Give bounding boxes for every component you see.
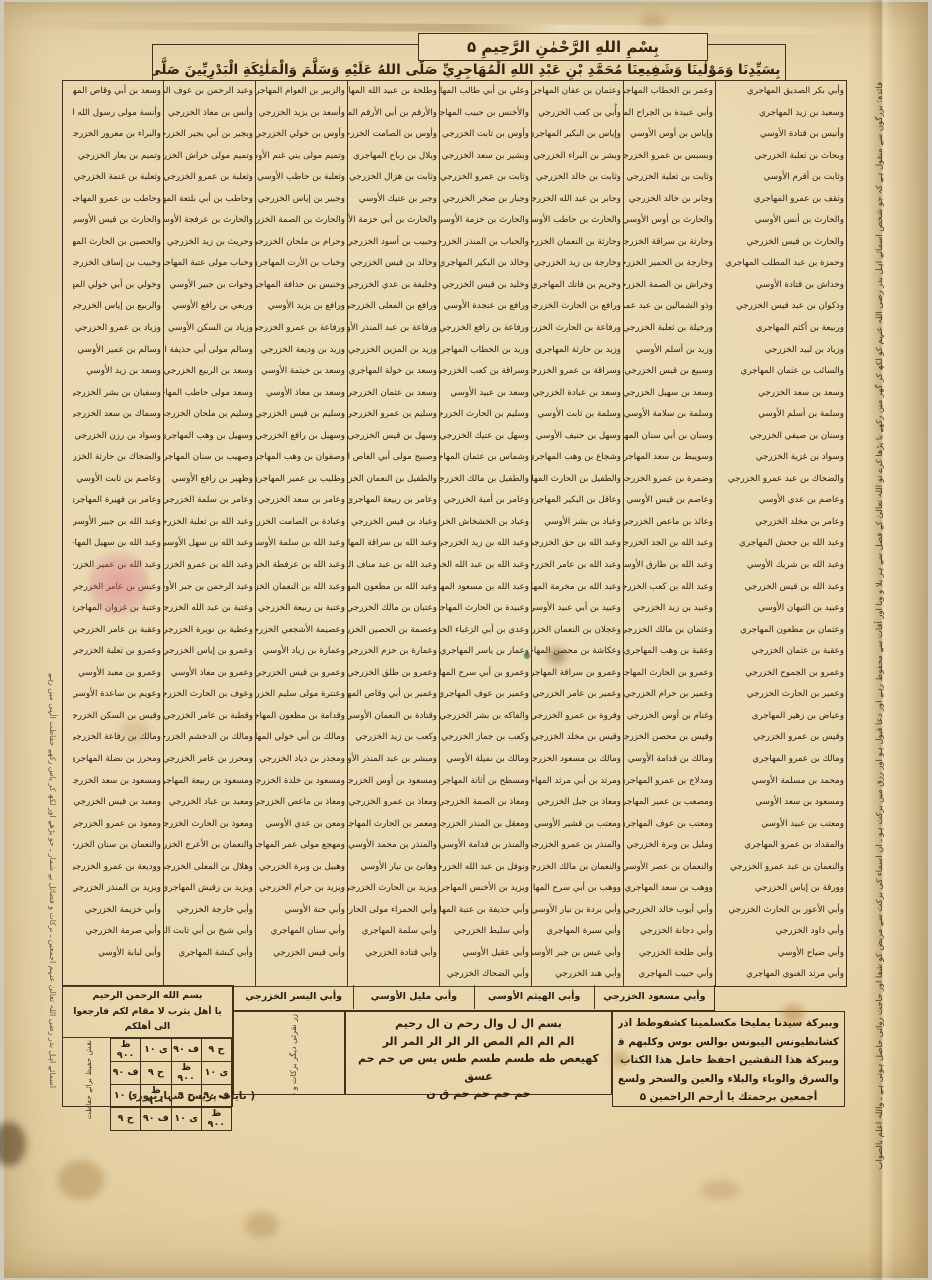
muqattaat-line: كهيعص طه طسم طسم طس يس ص حم حم عسق: [350, 1050, 607, 1085]
name-entry: وعبد الله بن مخرمة المهاجري: [532, 577, 623, 599]
name-entry: وذكوان بن عبد قيس الخزرجي: [716, 296, 846, 318]
name-entry: وعقبة بن عثمان الخزرجي: [716, 641, 846, 663]
name-entry: وخولي بن أبي خولي المهاجري: [73, 275, 163, 297]
left-marginal-note: اسمائے اہل بدر رضی اللہ تعالیٰ عنہم اجمع…: [47, 88, 58, 1088]
name-entry: ورفاعة بن عمرو الخزرجي: [256, 318, 347, 340]
name-entry: وأبي بردة بن نيار الأوسي: [532, 900, 623, 922]
name-entry: وأبي دجانة الخزرجي: [624, 921, 715, 943]
name-entry: وعبادة بن الصامت الخزرجي: [256, 512, 347, 534]
name-entry: وجابر بن عبد الله الخزرجي: [532, 189, 623, 211]
name-entry: وتميم مولى بني غنم الأوسي: [256, 146, 347, 168]
name-entry: وعلي بن أبي طالب المهاجري: [440, 81, 531, 103]
name-entry: وسهيل بن وهب المهاجري: [164, 426, 255, 448]
name-entry: وعبد الله بن عرفطة الخزرجي: [256, 555, 347, 577]
name-entry: وعبد الله بن حق الخزرجي: [532, 533, 623, 555]
name-entry: وعبد الله بن سلمة الأوسي: [256, 533, 347, 555]
name-entry: وسنان بن صيفي الخزرجي: [716, 426, 846, 448]
side-note-column: زر نقرئى ديگر بركات و فوائد: [233, 1011, 345, 1095]
scanned-badr-roll: { "palette":{"paper":"#e8d5a9","ink":"#2…: [0, 0, 932, 1280]
name-entry: وعصمة بن الحصين الخزرجي: [348, 620, 439, 642]
name-entry: وقيس بن محصن الخزرجي: [624, 727, 715, 749]
magic-square-cell: ظ ٩٠٠: [201, 1107, 231, 1130]
name-entry: وعمير بن الحارث الخزرجي: [716, 684, 846, 706]
name-entry: ومعوذ بن عمرو الخزرجي: [73, 814, 163, 836]
name-entry: ومالك بن عمرو المهاجري: [716, 749, 846, 771]
name-entry: وعثمان بن مالك الخزرجي: [624, 620, 715, 642]
name-entry: وثابت بن أقرم الأوسي: [716, 167, 846, 189]
name-entry: وقيس بن السكن الخزرجي: [73, 706, 163, 728]
name-entry: وسواد بن رزن الخزرجي: [73, 426, 163, 448]
name-entry: وخوات بن جبير الأوسي: [164, 275, 255, 297]
name-entry: وثقف بن عمرو المهاجري: [716, 189, 846, 211]
name-entry: ومصعب بن عمير المهاجري: [624, 792, 715, 814]
name-entry: ومسعود بن خلدة الخزرجي: [256, 771, 347, 793]
name-entry: ومعن بن عدي الأوسي: [256, 814, 347, 836]
name-entry: والنعمان بن مالك الخزرجي: [532, 857, 623, 879]
name-entry: وأوس بن الصامت الخزرجي: [348, 124, 439, 146]
name-entry: وثابت بن خالد الخزرجي: [532, 167, 623, 189]
magic-square-cell: ف ٩٠: [111, 1061, 141, 1084]
name-entry: وعامر بن أمية الخزرجي: [440, 490, 531, 512]
badr-names-table: وأبي بكر الصديق المهاجريوسعيد بن زيد الم…: [62, 80, 847, 987]
name-entry: ويزيد بن رقيش المهاجري: [164, 878, 255, 900]
name-entry: وإياس بن أوس الأوسي: [624, 124, 715, 146]
name-entry: والسائب بن عثمان المهاجري: [716, 361, 846, 383]
name-entry: وخارجة بن زيد الخزرجي: [532, 253, 623, 275]
name-entry: ومعاذ بن ماعص الخزرجي: [256, 792, 347, 814]
name-entry: ووهب بن أبي سرح المهاجري: [532, 878, 623, 900]
press-imprint: ( نایاب پریس سہارنپور ): [128, 1090, 255, 1102]
name-entry: وبجير بن أبي بجير الخزرجي: [164, 124, 255, 146]
name-entry: وزياد بن لبيد الخزرجي: [716, 340, 846, 362]
name-entry: والحارث بن عرفجة الأوسي: [164, 210, 255, 232]
name-entry: ومالك بن أبي خولي المهاجري: [256, 727, 347, 749]
name-entry: ويزيد بن حرام الخزرجي: [256, 878, 347, 900]
name-entry: وسليم بن الحارث الخزرجي: [440, 404, 531, 426]
name-entry: وسعد بن سعد الخزرجي: [716, 383, 846, 405]
name-entry: وخنيس بن حذافة المهاجري: [256, 275, 347, 297]
name-entry: وثعلبة بن عمرو الخزرجي: [164, 167, 255, 189]
magic-square-cell: ح ٩: [141, 1061, 171, 1084]
name-entry: وعقبة بن عامر الخزرجي: [73, 620, 163, 642]
kunya-cell: وأبي اليسر الخزرجي: [234, 985, 353, 1009]
name-entry: وأبي داود الخزرجي: [716, 921, 846, 943]
name-entry: وثعلبة بن حاطب الأوسي: [256, 167, 347, 189]
name-entry: وعكاشة بن محصن المهاجري: [532, 641, 623, 663]
name-entry: وأبي خزيمة الخزرجي: [73, 900, 163, 922]
name-entry: وعمرو بن طلق الخزرجي: [348, 663, 439, 685]
name-entry: ورفاعة بن عبد المنذر الأوسي: [348, 318, 439, 340]
name-entry: ومالك بن رفاعة الخزرجي: [73, 727, 163, 749]
name-entry: وبشير بن سعد الخزرجي: [440, 146, 531, 168]
name-entry: وحارثة بن النعمان الخزرجي: [532, 232, 623, 254]
name-entry: ومعاذ بن عمرو الخزرجي: [348, 792, 439, 814]
name-entry: والحارث بن قيس الخزرجي: [716, 232, 846, 254]
name-entry: وحمزة بن عبد المطلب المهاجري: [716, 253, 846, 275]
name-entry: ويزيد بن الحارث الخزرجي: [348, 878, 439, 900]
name-entry: وعمرو بن معاذ الأوسي: [164, 663, 255, 685]
protective-prayer-box: وببركة سيدنا يمليخا مكسلمينا كشفوطط اذرف…: [612, 1011, 845, 1107]
magic-square-block: بسم الله الرحمن الرحيم يا أهل يثرب لا مق…: [62, 985, 233, 1107]
name-entry: وسراقة بن كعب الخزرجي: [440, 361, 531, 383]
name-entry: ورخيلة بن ثعلبة الخزرجي: [624, 318, 715, 340]
name-entry: وعبد الله بن عامر الخزرجي: [532, 555, 623, 577]
name-entry: والحارث بن حاطب الأوسي: [532, 210, 623, 232]
name-entry: وسهل بن عتيك الخزرجي: [440, 426, 531, 448]
name-entry: وعمر بن الخطاب المهاجري: [624, 81, 715, 103]
kahf-prayer-text: وببركة سيدنا يمليخا مكسلمينا كشفوطط اذرف…: [613, 1012, 844, 1109]
name-entry: وبلال بن رباح المهاجري: [348, 146, 439, 168]
name-entry: وأبي مرثد الغنوي المهاجري: [716, 964, 846, 986]
name-entry: وعبد الله بن كعب الخزرجي: [624, 577, 715, 599]
name-entry: وعثمان بن مظعون المهاجري: [716, 620, 846, 642]
name-entry: وهبيل بن وبرة الخزرجي: [256, 857, 347, 879]
name-entry: وقيس بن عمرو الخزرجي: [716, 727, 846, 749]
name-entry: والمنذر بن عمرو الخزرجي: [532, 835, 623, 857]
yathrib-verse: يا أهل يثرب لا مقام لكم فارجعوا الى أهلك…: [65, 1004, 230, 1035]
basmala-text: بِسْمِ اللهِ الرَّحْمٰنِ الرَّحِيمِ ۵: [467, 38, 659, 56]
name-entry: وسعد بن الربيع الخزرجي: [164, 361, 255, 383]
magic-square-cell: ظ ٩٠٠: [171, 1061, 201, 1084]
name-entry: وعمير بن عامر الخزرجي: [532, 684, 623, 706]
name-entry: وسفيان بن بشر الخزرجي: [73, 383, 163, 405]
name-entry: وعمارة بن زياد الأوسي: [256, 641, 347, 663]
name-entry: ورفاعة بن رافع الخزرجي: [440, 318, 531, 340]
name-entry: وأبي حنة الأوسي: [256, 900, 347, 922]
name-entry: وأبي صرمة الخزرجي: [73, 921, 163, 943]
name-entry: وعبيدة بن الحارث المهاجري: [440, 598, 531, 620]
name-entry: وعبد الله بن ثعلبة الخزرجي: [164, 512, 255, 534]
name-entry: وثابت بن عمرو الخزرجي: [440, 167, 531, 189]
name-entry: ومالك بن مسعود الخزرجي: [532, 749, 623, 771]
name-entry: وأبي ضياح الأوسي: [716, 943, 846, 965]
kunya-cell: وأبي مليل الأوسي: [353, 985, 473, 1009]
name-entry: والضحاك بن عبد عمرو الخزرجي: [716, 469, 846, 491]
muqattaat-line: بسم ال ل وال رحم ن ال رحيم: [350, 1015, 607, 1033]
name-entry: والحارث بن خزمة الأوسي: [440, 210, 531, 232]
name-entry: وسعيد بن زيد المهاجري: [716, 103, 846, 125]
name-entry: وعبد الله بن مظعون المهاجري: [348, 577, 439, 599]
name-entry: وخالد بن البكير المهاجري: [440, 253, 531, 275]
name-entry: وأنسة مولى رسول الله المهاجري: [73, 103, 163, 125]
name-entry: وسليم بن ملحان الخزرجي: [164, 404, 255, 426]
name-entry: والمنذر بن قدامة الأوسي: [440, 835, 531, 857]
name-entry: والطفيل بن النعمان الخزرجي: [348, 469, 439, 491]
name-entry: وخبيب بن إساف الخزرجي: [73, 253, 163, 275]
name-entry: وضمرة بن عمرو الخزرجي: [624, 469, 715, 491]
name-entry: ومهجع مولى عمر المهاجري: [256, 835, 347, 857]
name-entry: وصفوان بن وهب المهاجري: [256, 447, 347, 469]
name-entry: ويزيد بن الأخنس المهاجري: [440, 878, 531, 900]
names-column-1: وأبي بكر الصديق المهاجريوسعيد بن زيد الم…: [715, 81, 846, 986]
name-entry: والحارث بن قيس الأوسي: [73, 210, 163, 232]
name-entry: ومسعود بن ربيعة المهاجري: [164, 771, 255, 793]
muqattaat-line: الم الم الم المص الر الر الر المر الر: [350, 1033, 607, 1051]
name-entry: وهانئ بن نيار الأوسي: [348, 857, 439, 879]
name-entry: وعباد بن الخشخاش الخزرجي: [440, 512, 531, 534]
name-entry: وحارثة بن سراقة الخزرجي: [624, 232, 715, 254]
name-entry: وسلمة بن سلامة الأوسي: [624, 404, 715, 426]
name-entry: وعمير بن أبي وقاص المهاجري: [348, 684, 439, 706]
name-entry: ورافع بن الحارث الخزرجي: [532, 296, 623, 318]
name-entry: ونوفل بن عبد الله الخزرجي: [440, 857, 531, 879]
name-entry: وغنام بن أوس الخزرجي: [624, 706, 715, 728]
name-entry: وأبي الأعور بن الحارث الخزرجي: [716, 900, 846, 922]
name-entry: ورفاعة بن الحارث الخزرجي: [532, 318, 623, 340]
name-entry: وعبيد بن أبي عبيد الأوسي: [532, 598, 623, 620]
hafiz-magic-square: ح ٩ف ٩٠ى ١٠ظ ٩٠٠ى ١٠ظ ٩٠٠ح ٩ف ٩٠ف ٩٠ح ٩ظ…: [110, 1038, 232, 1131]
name-entry: وورقة بن إياس الخزرجي: [716, 878, 846, 900]
name-entry: وأبي قيس الخزرجي: [256, 943, 347, 965]
name-entry: والأخنس بن حبيب المهاجري: [440, 103, 531, 125]
name-entry: وسليم بن عمرو الخزرجي: [348, 404, 439, 426]
name-entry: والزبير بن العوام المهاجري: [256, 81, 347, 103]
name-entry: وثابت بن هزال الخزرجي: [348, 167, 439, 189]
name-entry: والفاكه بن بشر الخزرجي: [440, 706, 531, 728]
magic-square-cell: ح ٩: [111, 1107, 141, 1130]
name-entry: والنعمان بن سنان الخزرجي: [73, 835, 163, 857]
name-entry: وحاطب بن عمرو المهاجري: [73, 189, 163, 211]
name-entry: وسعد بن معاذ الأوسي: [256, 383, 347, 405]
name-entry: وعبد الله بن جحش المهاجري: [716, 533, 846, 555]
name-entry: وبحاث بن ثعلبة الخزرجي: [716, 146, 846, 168]
name-entry: وعمرو بن الحارث المهاجري: [624, 663, 715, 685]
name-entry: وصهيب بن سنان المهاجري: [164, 447, 255, 469]
name-entry: وقدامة بن مظعون المهاجري: [256, 706, 347, 728]
name-entry: وعبد الله بن الجد الخزرجي: [624, 533, 715, 555]
name-entry: وسعد بن عثمان الخزرجي: [348, 383, 439, 405]
name-entry: ومالك بن قدامة الأوسي: [624, 749, 715, 771]
name-entry: وثابت بن ثعلبة الخزرجي: [624, 167, 715, 189]
name-entry: ومعاذ بن الصمة الخزرجي: [440, 792, 531, 814]
name-entry: وعتبة بن عبد الله الخزرجي: [164, 598, 255, 620]
name-entry: وحرام بن ملحان الخزرجي: [256, 232, 347, 254]
name-entry: وعامر بن سلمة الخزرجي: [164, 490, 255, 512]
name-entry: وزيد بن الخطاب المهاجري: [440, 340, 531, 362]
name-entry: وعبد الله بن عمرو الخزرجي: [164, 555, 255, 577]
name-entry: وعبد الله بن مسعود المهاجري: [440, 577, 531, 599]
name-entry: ومسعود بن أوس الخزرجي: [348, 771, 439, 793]
disjointed-letters-box: بسم ال ل وال رحم ن ال رحيمالم الم الم ال…: [345, 1011, 612, 1095]
names-column-5: وطلحة بن عبيد الله المهاجريوالأرقم بن أب…: [347, 81, 439, 986]
name-entry: وأنيس بن قتادة الأوسي: [716, 124, 846, 146]
name-entry: وثعلبة بن غنمة الخزرجي: [73, 167, 163, 189]
name-entry: وعنترة مولى سليم الخزرجي: [256, 684, 347, 706]
name-entry: وعياض بن زهير المهاجري: [716, 706, 846, 728]
name-entry: وسعد بن سهيل الخزرجي: [624, 383, 715, 405]
name-entry: [73, 964, 163, 986]
strip-side-note-text: زر نقرئى ديگر بركات و فوائد: [288, 1014, 299, 1092]
name-entry: وتميم بن يعار الخزرجي: [73, 146, 163, 168]
name-entry: وعتبان بن مالك الخزرجي: [348, 598, 439, 620]
name-entry: ومعمر بن الحارث المهاجري: [348, 814, 439, 836]
name-entry: وعبد الله بن سهل الأوسي: [164, 533, 255, 555]
name-entry: وسعد مولى حاطب المهاجري: [164, 383, 255, 405]
name-entry: وزيد بن حارثة المهاجري: [532, 340, 623, 362]
name-entry: وعمرو بن معبد الأوسي: [73, 663, 163, 685]
name-entry: وعبيد بن التيهان الأوسي: [716, 598, 846, 620]
name-entry: وعبد الله بن جبير الأوسي: [73, 512, 163, 534]
name-entry: وعمير بن عوف المهاجري: [440, 684, 531, 706]
name-entry: وأنس بن معاذ الخزرجي: [164, 103, 255, 125]
name-entry: والحصين بن الحارث المهاجري: [73, 232, 163, 254]
name-entry: والحارث بن أوس الأوسي: [624, 210, 715, 232]
name-entry: ومعبد بن عباد الخزرجي: [164, 792, 255, 814]
right-marginal-note: فائدہ: بزرگوں سے منقول ہے کہ جو شخص اسما…: [874, 82, 885, 1108]
name-entry: وعامر بن سعد الخزرجي: [256, 490, 347, 512]
muqattaat-line: حم حم حم حم ق ن: [350, 1085, 607, 1103]
name-entry: وأبي بكر الصديق المهاجري: [716, 81, 846, 103]
muqattaat-text: بسم ال ل وال رحم ن ال رحيمالم الم الم ال…: [346, 1012, 611, 1106]
magic-square-cell: ظ ٩٠٠: [111, 1038, 141, 1061]
name-entry: وحبيب بن أسود الخزرجي: [348, 232, 439, 254]
name-entry: وعوف بن الحارث الخزرجي: [164, 684, 255, 706]
name-entry: وعمار بن ياسر المهاجري: [440, 641, 531, 663]
name-entry: والنعمان بن الأعرج الخزرجي: [164, 835, 255, 857]
name-entry: وعدي بن أبي الزغباء الخزرجي: [440, 620, 531, 642]
names-column-2: وعمر بن الخطاب المهاجريوأبي عبيدة بن الج…: [623, 81, 715, 986]
name-entry: وعامر بن فهيرة المهاجري: [73, 490, 163, 512]
name-entry: وهلال بن المعلى الخزرجي: [164, 857, 255, 879]
name-entry: وأبي عقيل الأوسي: [440, 943, 531, 965]
names-column-4: وعلي بن أبي طالب المهاجريوالأخنس بن حبيب…: [439, 81, 531, 986]
name-entry: وزيد بن أسلم الأوسي: [624, 340, 715, 362]
name-entry: وزياد بن عمرو الخزرجي: [73, 318, 163, 340]
name-entry: ومبشر بن عبد المنذر الأوسي: [348, 749, 439, 771]
name-entry: وعبد الله بن عبد الله الخزرجي: [440, 555, 531, 577]
name-entry: وسلمة بن أسلم الأوسي: [716, 404, 846, 426]
name-entry: وعمرو بن ثعلبة الخزرجي: [73, 641, 163, 663]
name-entry: وأبي عبيدة بن الجراح المهاجري: [624, 103, 715, 125]
name-entry: وأبي لبابة الأوسي: [73, 943, 163, 965]
name-entry: وعاصم بن ثابت الأوسي: [73, 469, 163, 491]
magic-square-cell: ى ١٠: [171, 1107, 201, 1130]
name-entry: وسنان بن أبي سنان المهاجري: [624, 426, 715, 448]
name-entry: وأُبي بن كعب الخزرجي: [532, 103, 623, 125]
basmala-headpiece: بِسْمِ اللهِ الرَّحْمٰنِ الرَّحِيمِ ۵: [418, 33, 708, 61]
square-side-note-text: نقش حفيظ برائے حفاظت خانہ و مال: [83, 1040, 94, 1118]
name-entry: وأبي سنان المهاجري: [256, 921, 347, 943]
name-entry: وعائذ بن ماعص الخزرجي: [624, 512, 715, 534]
name-entry: وسهل بن قيس الخزرجي: [348, 426, 439, 448]
name-entry: وعبيد بن زيد الخزرجي: [624, 598, 715, 620]
name-entry: وصبيح مولى أبي العاص المهاجري: [348, 447, 439, 469]
prayer-line: كشانطيونس اليبونس بوالس بوس وكلبهم قطمير: [618, 1033, 839, 1052]
name-entry: وخالد بن قيس الخزرجي: [348, 253, 439, 275]
name-entry: والأرقم بن أبي الأرقم المهاجري: [348, 103, 439, 125]
name-entry: وسعد بن خيثمة الأوسي: [256, 361, 347, 383]
name-entry: وعباد بن بشر الأوسي: [532, 512, 623, 534]
magic-square-cell: ف ٩٠: [141, 1107, 171, 1130]
square-basmala: بسم الله الرحمن الرحيم: [65, 988, 230, 1004]
name-entry: وسعد بن أبي وقاص المهاجري: [73, 81, 163, 103]
prayer-line: والسرق والوباء والبلاء والعين والسحر ولس…: [618, 1070, 839, 1089]
name-entry: وعبد الله بن النعمان الخزرجي: [256, 577, 347, 599]
name-entry: وسهل بن حنيف الأوسي: [532, 426, 623, 448]
name-entry: ومسعود بن سعد الأوسي: [716, 792, 846, 814]
names-column-8: وسعد بن أبي وقاص المهاجريوأنسة مولى رسول…: [73, 81, 163, 986]
name-entry: وأبي عبس بن جبر الأوسي: [532, 943, 623, 965]
name-entry: ومرثد بن أبي مرثد المهاجري: [532, 771, 623, 793]
name-entry: وأبي الضحاك الخزرجي: [440, 964, 531, 986]
name-entry: وإياس بن البكير المهاجري: [532, 124, 623, 146]
name-entry: وسراقة بن عمرو الخزرجي: [532, 361, 623, 383]
magic-square-cell: ى ١٠: [141, 1038, 171, 1061]
name-entry: وعامر بن مخلد الخزرجي: [716, 512, 846, 534]
name-entry: وعمارة بن حزم الخزرجي: [348, 641, 439, 663]
name-entry: وجبير بن إياس الخزرجي: [256, 189, 347, 211]
name-entry: وسهيل بن رافع الخزرجي: [256, 426, 347, 448]
name-entry: وعطية بن نويرة الخزرجي: [164, 620, 255, 642]
name-entry: والبراء بن معرور الخزرجي: [73, 124, 163, 146]
name-entry: وسواد بن غزية الخزرجي: [716, 447, 846, 469]
name-entry: وأوس بن ثابت الخزرجي: [440, 124, 531, 146]
name-entry: وعمرو بن سراقة المهاجري: [532, 663, 623, 685]
name-entry: [348, 964, 439, 986]
name-entry: وزيد بن وديعة الخزرجي: [256, 340, 347, 362]
name-entry: وعمرو بن الجموح الخزرجي: [716, 663, 846, 685]
name-entry: وسلمة بن ثابت الأوسي: [532, 404, 623, 426]
name-entry: والحباب بن المنذر الخزرجي: [440, 232, 531, 254]
prayer-line: أجمعين برحمتك يا أرحم الراحمين ۵: [618, 1088, 839, 1107]
name-entry: وتميم مولى خراش الخزرجي: [164, 146, 255, 168]
name-entry: ومليل بن وبرة الخزرجي: [624, 835, 715, 857]
name-entry: وبسبس بن عمرو الخزرجي: [624, 146, 715, 168]
name-entry: وجبر بن عتيك الأوسي: [348, 189, 439, 211]
name-entry: ومسطح بن أثاثة المهاجري: [440, 771, 531, 793]
kunya-cell: وأبي مسعود الخزرجي: [594, 985, 714, 1009]
name-entry: وخداش بن قتادة الأوسي: [716, 275, 846, 297]
name-entry: وكعب بن زيد الخزرجي: [348, 727, 439, 749]
name-entry: وسماك بن سعد الخزرجي: [73, 404, 163, 426]
name-entry: وعمرو بن أبي سرح المهاجري: [440, 663, 531, 685]
square-verse-header: بسم الله الرحمن الرحيم يا أهل يثرب لا مق…: [63, 986, 232, 1038]
name-entry: وخليفة بن عدي الخزرجي: [348, 275, 439, 297]
name-entry: وأبي الحمراء مولى الحارث الخزرجي: [348, 900, 439, 922]
name-entry: وعمير بن حرام الخزرجي: [624, 684, 715, 706]
name-entry: ورافع بن يزيد الأوسي: [256, 296, 347, 318]
name-entry: ومعتب بن قشير الأوسي: [532, 814, 623, 836]
name-entry: وعويم بن ساعدة الأوسي: [73, 684, 163, 706]
name-entry: والطفيل بن الحارث المهاجري: [532, 469, 623, 491]
magic-square-cell: ح ٩: [201, 1038, 231, 1061]
name-entry: ومعوذ بن الحارث الخزرجي: [164, 814, 255, 836]
pink-stamp-remnant: [88, 548, 150, 620]
name-entry: وأبي خارجة الخزرجي: [164, 900, 255, 922]
name-entry: ومالك بن الدخشم الخزرجي: [164, 727, 255, 749]
name-entry: وأوس بن خولي الخزرجي: [256, 124, 347, 146]
prayer-line: وببركة هذا النقشين احفظ حامل هذا الكتاب …: [618, 1051, 839, 1070]
magic-square-cell: ى ١٠: [201, 1061, 231, 1084]
name-entry: وعتبة بن ربيعة الخزرجي: [256, 598, 347, 620]
names-column-7: وعبد الرحمن بن عوف المهاجريوأنس بن معاذ …: [163, 81, 255, 986]
name-entry: وقيس بن مخلد الخزرجي: [532, 727, 623, 749]
name-entry: والحارث بن أبي خزمة الأوسي: [348, 210, 439, 232]
name-entry: وذو الشمالين بن عبد عمرو المهاجري: [624, 296, 715, 318]
name-entry: ورافع بن المعلى الخزرجي: [348, 296, 439, 318]
name-entry: وأبي قتادة الخزرجي: [348, 943, 439, 965]
name-entry: ومعتب بن عوف المهاجري: [624, 814, 715, 836]
name-entry: وقطبة بن عامر الخزرجي: [164, 706, 255, 728]
name-entry: وربيعة بن أكثم المهاجري: [716, 318, 846, 340]
name-entry: ووديعة بن عمرو الخزرجي: [73, 857, 163, 879]
name-entry: وفروة بن عمرو الخزرجي: [532, 706, 623, 728]
name-entry: وأبي كبشة المهاجري: [164, 943, 255, 965]
name-entry: ومعاذ بن جبل الخزرجي: [532, 792, 623, 814]
name-entry: وخباب مولى عتبة المهاجري: [164, 253, 255, 275]
name-entry: وسبيع بن قيس الخزرجي: [624, 361, 715, 383]
name-entry: وأبي حبيب المهاجري: [624, 964, 715, 986]
